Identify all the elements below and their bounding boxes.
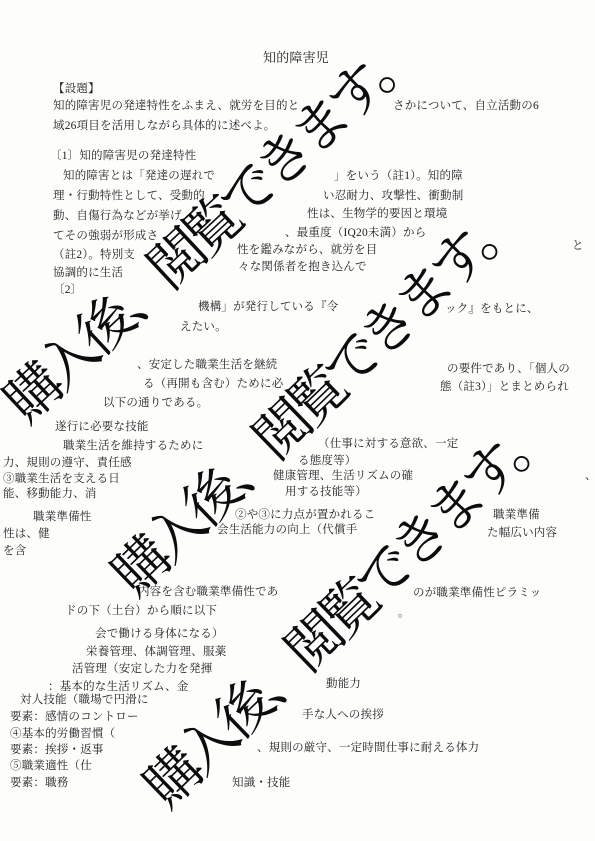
text-fragment: 会生活能力の向上（代償手 bbox=[217, 524, 357, 537]
text-fragment: ドの下（土台）から順に以下 bbox=[65, 605, 217, 618]
text-fragment: 要素：職務 bbox=[10, 777, 69, 790]
text-fragment: 」をいう（註1）。知的障 bbox=[334, 170, 463, 183]
text-fragment: えたい。 bbox=[180, 321, 227, 334]
text-fragment: 以下の通りである。 bbox=[103, 397, 208, 410]
text-fragment: 対人技能（職場で円滑に bbox=[20, 694, 149, 707]
text-fragment: 性は、生物学的要因と環境 bbox=[307, 208, 447, 221]
text-fragment: 域26項目を活用しながら具体的に述べよ。 bbox=[53, 120, 276, 133]
text-fragment: 要素：感情のコントロー bbox=[10, 711, 139, 724]
text-fragment: 活管理（安定した力を発揮 bbox=[72, 663, 212, 676]
text-fragment: 力、規則の遵守、責任感 bbox=[3, 457, 132, 470]
text-fragment: 態（註3）」とまとめられ bbox=[440, 381, 569, 394]
text-fragment: 職業準備 bbox=[493, 509, 540, 522]
text-fragment: （仕事に対する意欲、一定 bbox=[318, 438, 458, 451]
text-fragment: 理・行動特性として、受動的 bbox=[53, 190, 205, 203]
text-fragment: ②や③に力点が置かれるこ bbox=[235, 509, 375, 522]
text-fragment: い忍耐力、攻撃性、衝動制 bbox=[323, 190, 463, 203]
text-fragment: 能、移動能力、消 bbox=[3, 488, 97, 501]
text-fragment: た幅広い内容 bbox=[487, 527, 557, 540]
text-fragment: ④基本的労働習慣（ bbox=[10, 728, 115, 741]
text-fragment: 〔1〕知的障害児の発達特性 bbox=[50, 150, 196, 163]
text-fragment: 内容を含む職業準備性であ bbox=[138, 586, 278, 599]
text-fragment: 職業準備性 bbox=[33, 511, 92, 524]
text-fragment: 栄養管理、体調管理、服薬 bbox=[86, 646, 226, 659]
text-fragment: 動能力 bbox=[326, 678, 361, 691]
text-fragment: ⑤職業適性（仕 bbox=[10, 760, 92, 773]
text-fragment: 要素：挨拶・返事 bbox=[10, 744, 104, 757]
text-fragment: 動、自傷行為などが挙げ bbox=[53, 210, 182, 223]
text-fragment: ：基本的な生活リズム、金 bbox=[48, 681, 189, 694]
text-fragment: 知的障害児の発達特性をふまえ、就労を目的と bbox=[53, 100, 299, 113]
text-fragment: 健康管理、生活リズムの確 bbox=[273, 470, 413, 483]
text-fragment: 〔2〕 bbox=[53, 284, 82, 297]
text-fragment: と bbox=[572, 240, 584, 253]
text-fragment: 、安定した職業生活を継続 bbox=[137, 359, 277, 372]
document-page: 知的障害児【設題】知的障害児の発達特性をふまえ、就労を目的とさかについて、自立活… bbox=[0, 0, 595, 841]
text-fragment: 会で働ける身体になる） bbox=[95, 628, 224, 641]
text-fragment: ③職業生活を支える日 bbox=[3, 473, 120, 486]
text-fragment: 用する技能等） bbox=[285, 486, 367, 499]
text-fragment: 手な人への挨拶 bbox=[302, 709, 384, 722]
text-fragment: の要件であり、「個人の bbox=[447, 363, 570, 376]
text-fragment: てその強弱が形成さ bbox=[53, 230, 158, 243]
text-fragment: 々な関係者を抱き込んで bbox=[238, 261, 367, 274]
text-fragment: （註2）。特別支 bbox=[53, 249, 135, 262]
text-fragment: る（再開も含む）ために必 bbox=[143, 378, 283, 391]
text-fragment: る態度等） bbox=[298, 455, 357, 468]
text-fragment: 性を鑑みながら、就労を目 bbox=[237, 244, 377, 257]
text-fragment: 知的障害とは「発達の遅れで bbox=[63, 170, 215, 183]
text-fragment: 遂行に必要な技能 bbox=[55, 421, 149, 434]
text-fragment: 、最重度（IQ20未満）から bbox=[285, 227, 426, 240]
text-fragment: を含 bbox=[3, 545, 26, 558]
text-fragment: ック』をもとに、 bbox=[445, 303, 539, 316]
text-fragment: 【設題】 bbox=[53, 83, 100, 96]
text-fragment: 協調的に生活 bbox=[53, 267, 123, 280]
text-fragment: さかについて、自立活動の6 bbox=[393, 100, 539, 113]
text-fragment: のが職業準備性ピラミッ bbox=[413, 587, 541, 600]
text-fragment: 知的障害児 bbox=[263, 51, 329, 66]
text-fragment: 、規則の厳守、一定時間仕事に耐える体力 bbox=[257, 742, 479, 755]
text-fragment: 性は、健 bbox=[3, 528, 50, 541]
text-fragment: 。 bbox=[398, 607, 410, 620]
text-fragment: 機構」が発行している『令 bbox=[198, 301, 338, 314]
text-fragment: 、 bbox=[585, 470, 595, 483]
text-fragment: 知識・技能 bbox=[232, 777, 291, 790]
text-fragment: 職業生活を維持するために bbox=[63, 440, 203, 453]
